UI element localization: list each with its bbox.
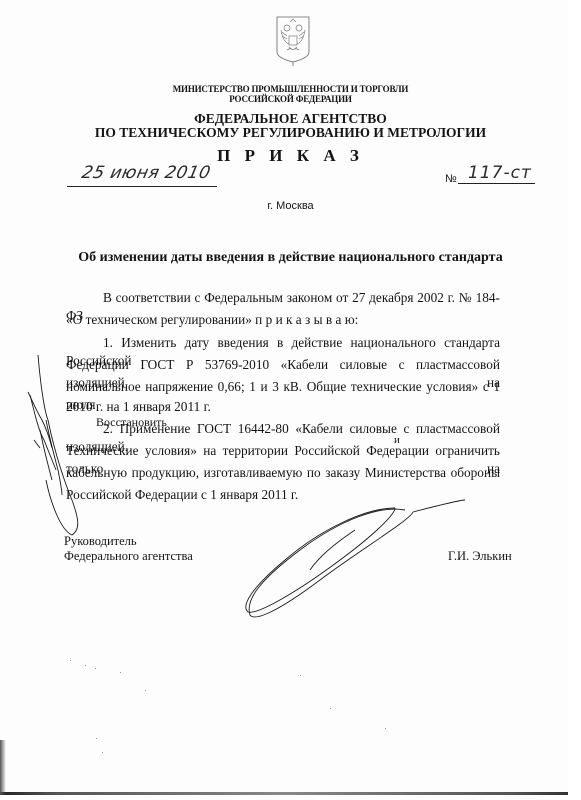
scan-speck [70, 660, 71, 661]
signer-name: Г.И. Элькин [448, 549, 512, 564]
preamble-line-2: «О техническом регулировании» п р и к а … [66, 311, 500, 329]
item2-line-3: кабельную продукцию, изготавливаемую по … [66, 464, 500, 482]
scan-speck [120, 672, 121, 673]
date-underline [67, 186, 217, 187]
ministry-header: МИНИСТЕРСТВО ПРОМЫШЛЕННОСТИ И ТОРГОВЛИ Р… [0, 84, 581, 104]
ministry-line-2: РОССИЙСКОЙ ФЕДЕРАЦИИ [0, 94, 581, 104]
number-label: № [445, 173, 457, 185]
agency-line-2: ПО ТЕХНИЧЕСКОМУ РЕГУЛИРОВАНИЮ И МЕТРОЛОГ… [0, 126, 581, 140]
document-title: Об изменении даты введения в действие на… [0, 250, 581, 266]
scan-shadow [0, 740, 6, 795]
city: г. Москва [0, 200, 581, 212]
agency-header: ФЕДЕРАЛЬНОЕ АГЕНТСТВО ПО ТЕХНИЧЕСКОМУ РЕ… [0, 112, 581, 140]
item2-line-4: Российской Федерации с 1 января 2011 г. [66, 486, 500, 504]
signer-title: Руководитель Федерального агентства [64, 534, 193, 564]
agency-line-1: ФЕДЕРАЛЬНОЕ АГЕНТСТВО [0, 112, 581, 126]
scan-speck [85, 665, 86, 666]
signer-title-line-2: Федерального агентства [64, 549, 193, 564]
scan-speck [145, 690, 146, 691]
scan-speck [102, 752, 103, 753]
ministry-line-1: МИНИСТЕРСТВО ПРОМЫШЛЕННОСТИ И ТОРГОВЛИ [0, 84, 581, 94]
item1-line-4: 2010 г. на 1 января 2011 г. [66, 398, 500, 416]
scan-speck [300, 675, 301, 676]
scan-speck [385, 728, 386, 729]
page-bottom-edge [0, 792, 568, 795]
signer-title-line-1: Руководитель [64, 534, 193, 549]
scan-speck [96, 738, 97, 739]
handwritten-number: 117-ст [468, 163, 532, 183]
scan-speck [330, 708, 331, 709]
coat-of-arms-icon [274, 14, 312, 66]
handwritten-date: 25 июня 2010 [80, 163, 213, 183]
scan-speck [95, 668, 96, 669]
number-underline [458, 183, 535, 184]
